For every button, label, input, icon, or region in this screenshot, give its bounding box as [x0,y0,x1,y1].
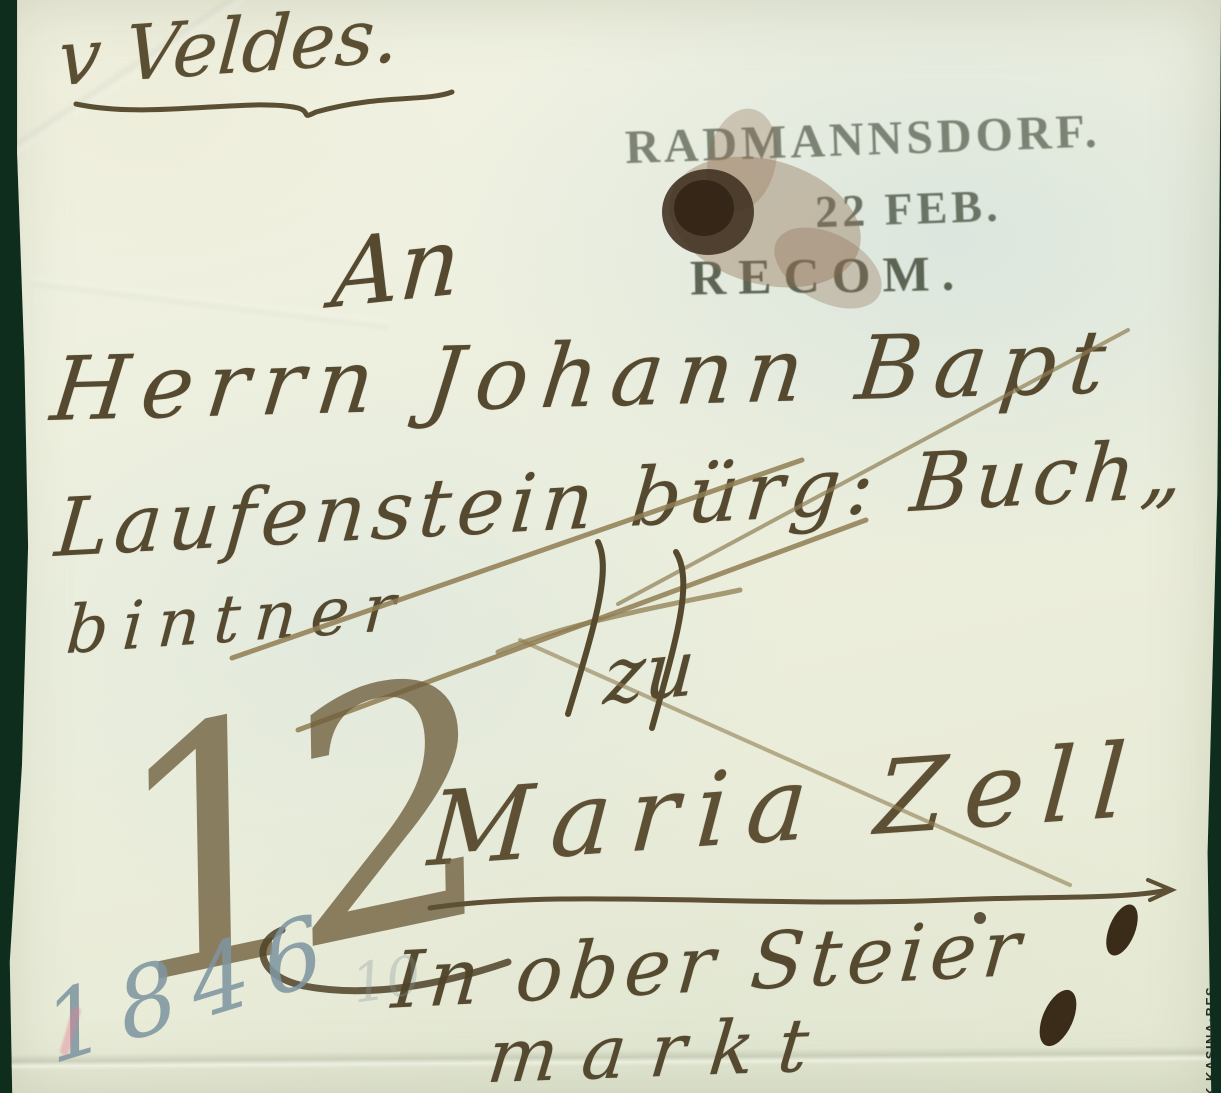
expert-handstamp: K.KASINA·BFS [1203,943,1218,1093]
scan-background: v Veldes. RADMANNSDORF. 22 FEB. RECOM. A… [0,0,1221,1093]
cover-paper: v Veldes. RADMANNSDORF. 22 FEB. RECOM. A… [0,0,1221,1093]
route-note: v Veldes. [55,0,402,103]
pencil-year-note: 1846 [36,890,347,1086]
postmark-date-line: 22 FEB. [814,179,1002,238]
address-preposition: zu [601,623,698,724]
postmark-town-line: RADMANNSDORF. [624,104,1101,176]
address-line-1: Herrn Johann Bapt [46,310,1124,441]
address-destination: Maria Zell [425,721,1148,891]
postmark-recom-line: RECOM. [690,244,967,307]
pencil-faint-note: 10 [348,944,425,1016]
address-salutation: An [328,207,463,331]
address-line-2: Laufenstein bürg: Buch„ [52,422,1193,575]
address-line-3: bintner [64,568,412,670]
destination-underline [430,880,1172,908]
address-region-line-2: markt [484,1002,837,1093]
